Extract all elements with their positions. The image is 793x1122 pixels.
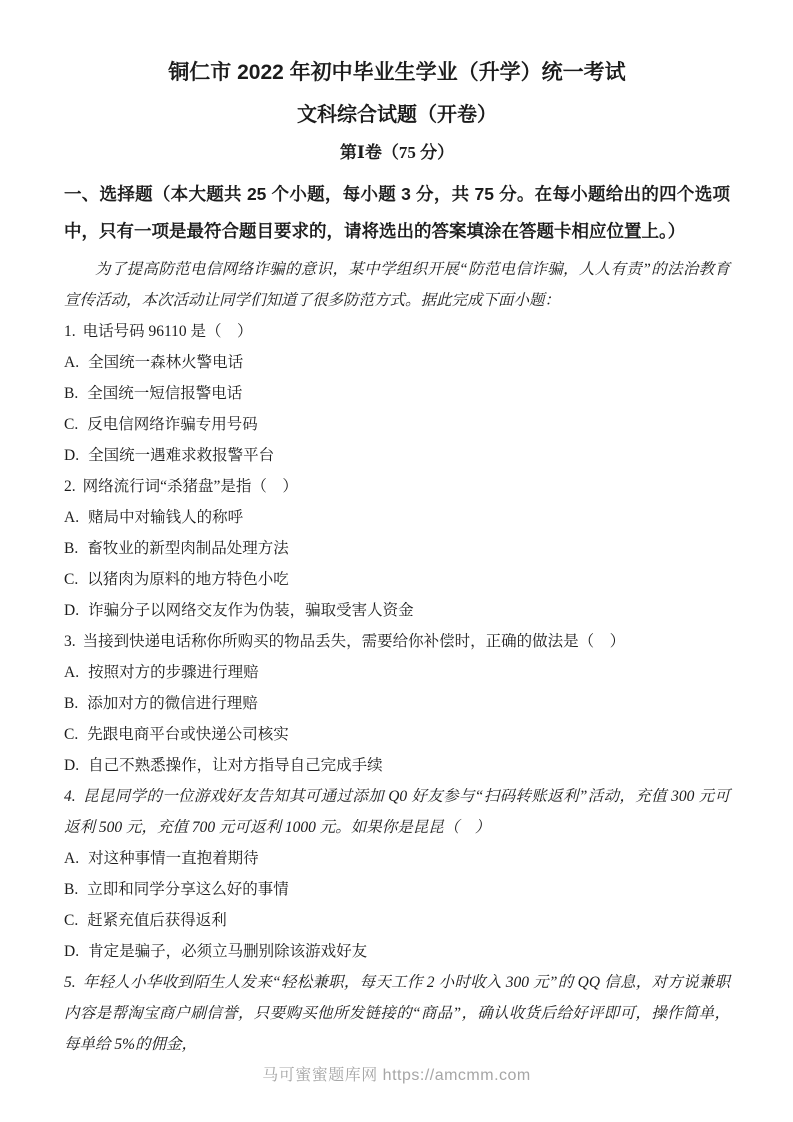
exam-title: 铜仁市 2022 年初中毕业生学业（升学）统一考试 xyxy=(64,58,730,88)
question-1-option-c: C.反电信网络诈骗专用号码 xyxy=(64,409,730,440)
option-label: B. xyxy=(64,695,78,712)
question-3: 3.当接到快递电话称你所购买的物品丢失，需要给你补偿时，正确的做法是（ ） A.… xyxy=(64,626,730,781)
option-text: 反电信网络诈骗专用号码 xyxy=(87,416,258,433)
question-4: 4.昆昆同学的一位游戏好友告知其可通过添加 Q0 好友参与“扫码转账返利”活动，… xyxy=(64,781,730,967)
question-4-option-d: D.肯定是骗子，必须立马删别除该游戏好友 xyxy=(64,936,730,967)
question-number: 5. xyxy=(64,974,76,991)
question-5: 5.年轻人小华收到陌生人发来“轻松兼职，每天工作 2 小时收入 300 元”的 … xyxy=(64,967,730,1060)
option-label: D. xyxy=(64,757,79,774)
option-label: D. xyxy=(64,943,79,960)
option-label: C. xyxy=(64,726,78,743)
question-text: 当接到快递电话称你所购买的物品丢失，需要给你补偿时，正确的做法是（ ） xyxy=(83,633,626,650)
option-text: 以猪肉为原料的地方特色小吃 xyxy=(87,571,289,588)
question-2-option-c: C.以猪肉为原料的地方特色小吃 xyxy=(64,564,730,595)
question-3-option-d: D.自己不熟悉操作，让对方指导自己完成手续 xyxy=(64,750,730,781)
option-label: B. xyxy=(64,385,78,402)
question-2: 2.网络流行词“杀猪盘”是指（ ） A.赌局中对输钱人的称呼 B.畜牧业的新型肉… xyxy=(64,471,730,626)
option-label: A. xyxy=(64,850,79,867)
exam-page: 铜仁市 2022 年初中毕业生学业（升学）统一考试 文科综合试题（开卷） 第Ⅰ卷… xyxy=(0,0,793,1122)
option-label: B. xyxy=(64,540,78,557)
option-text: 诈骗分子以网络交友作为伪装，骗取受害人资金 xyxy=(88,602,414,619)
question-5-stem: 5.年轻人小华收到陌生人发来“轻松兼职，每天工作 2 小时收入 300 元”的 … xyxy=(64,967,730,1060)
question-1-option-d: D.全国统一遇难求救报警平台 xyxy=(64,440,730,471)
option-text: 自己不熟悉操作，让对方指导自己完成手续 xyxy=(88,757,383,774)
question-3-option-c: C.先跟电商平台或快递公司核实 xyxy=(64,719,730,750)
option-text: 先跟电商平台或快递公司核实 xyxy=(87,726,289,743)
question-number: 3. xyxy=(64,633,76,650)
part1-heading: 一、选择题（本大题共 25 个小题，每小题 3 分，共 75 分。在每小题给出的… xyxy=(64,176,730,250)
question-3-option-a: A.按照对方的步骤进行理赔 xyxy=(64,657,730,688)
question-text: 年轻人小华收到陌生人发来“轻松兼职，每天工作 2 小时收入 300 元”的 QQ… xyxy=(64,974,730,1053)
footer-watermark: 马可蜜蜜题库网 https://amcmm.com xyxy=(0,1062,793,1085)
option-label: C. xyxy=(64,912,78,929)
option-text: 赌局中对输钱人的称呼 xyxy=(88,509,243,526)
option-label: D. xyxy=(64,602,79,619)
option-label: B. xyxy=(64,881,78,898)
option-label: A. xyxy=(64,354,79,371)
question-text: 网络流行词“杀猪盘”是指（ ） xyxy=(83,478,298,495)
option-text: 畜牧业的新型肉制品处理方法 xyxy=(87,540,289,557)
option-text: 立即和同学分享这么好的事情 xyxy=(87,881,289,898)
option-text: 肯定是骗子，必须立马删别除该游戏好友 xyxy=(88,943,367,960)
question-4-option-c: C.赶紧充值后获得返利 xyxy=(64,905,730,936)
option-label: C. xyxy=(64,571,78,588)
question-4-option-a: A.对这种事情一直抱着期待 xyxy=(64,843,730,874)
question-1: 1.电话号码 96110 是（ ） A.全国统一森林火警电话 B.全国统一短信报… xyxy=(64,316,730,471)
option-text: 全国统一遇难求救报警平台 xyxy=(88,447,274,464)
question-1-option-a: A.全国统一森林火警电话 xyxy=(64,347,730,378)
question-1-stem: 1.电话号码 96110 是（ ） xyxy=(64,316,730,347)
exam-subtitle: 文科综合试题（开卷） xyxy=(64,100,730,130)
option-label: A. xyxy=(64,509,79,526)
question-2-option-b: B.畜牧业的新型肉制品处理方法 xyxy=(64,533,730,564)
question-text: 电话号码 96110 是（ ） xyxy=(83,323,253,340)
question-number: 2. xyxy=(64,478,76,495)
option-text: 全国统一短信报警电话 xyxy=(87,385,242,402)
question-2-option-a: A.赌局中对输钱人的称呼 xyxy=(64,502,730,533)
option-label: A. xyxy=(64,664,79,681)
option-text: 对这种事情一直抱着期待 xyxy=(88,850,259,867)
question-3-option-b: B.添加对方的微信进行理赔 xyxy=(64,688,730,719)
question-4-stem: 4.昆昆同学的一位游戏好友告知其可通过添加 Q0 好友参与“扫码转账返利”活动，… xyxy=(64,781,730,843)
question-number: 1. xyxy=(64,323,76,340)
option-text: 全国统一森林火警电话 xyxy=(88,354,243,371)
question-number: 4. xyxy=(64,788,76,805)
option-text: 按照对方的步骤进行理赔 xyxy=(88,664,259,681)
question-2-option-d: D.诈骗分子以网络交友作为伪装，骗取受害人资金 xyxy=(64,595,730,626)
section-heading: 第Ⅰ卷（75 分） xyxy=(64,140,730,166)
part1-intro: 为了提高防范电信网络诈骗的意识，某中学组织开展“防范电信诈骗，人人有责”的法治教… xyxy=(64,254,730,316)
question-text: 昆昆同学的一位游戏好友告知其可通过添加 Q0 好友参与“扫码转账返利”活动，充值… xyxy=(64,788,730,836)
question-3-stem: 3.当接到快递电话称你所购买的物品丢失，需要给你补偿时，正确的做法是（ ） xyxy=(64,626,730,657)
question-1-option-b: B.全国统一短信报警电话 xyxy=(64,378,730,409)
option-text: 添加对方的微信进行理赔 xyxy=(87,695,258,712)
question-4-option-b: B.立即和同学分享这么好的事情 xyxy=(64,874,730,905)
option-label: C. xyxy=(64,416,78,433)
option-text: 赶紧充值后获得返利 xyxy=(87,912,227,929)
question-2-stem: 2.网络流行词“杀猪盘”是指（ ） xyxy=(64,471,730,502)
option-label: D. xyxy=(64,447,79,464)
